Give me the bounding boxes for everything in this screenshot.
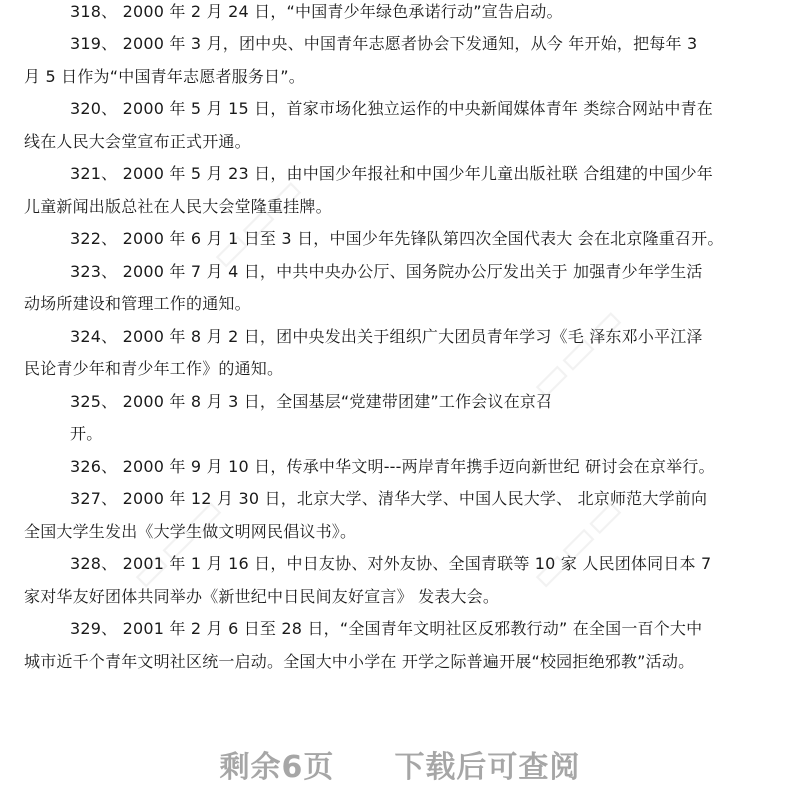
paragraph-line: 326、 2000 年 9 月 10 日，传承中华文明---两岸青年携手迈向新世… bbox=[70, 451, 715, 483]
paragraph-line: 318、 2000 年 2 月 24 日，“中国青少年绿色承诺行动”宣告启动。 bbox=[70, 0, 563, 28]
paragraph-line: 开。 bbox=[70, 418, 102, 450]
paragraph-line: 儿童新闻出版总社在人民大会堂隆重挂牌。 bbox=[24, 191, 332, 223]
paragraph-line: 328、 2001 年 1 月 16 日，中日友协、对外友协、全国青联等 10 … bbox=[70, 548, 711, 580]
download-prompt[interactable]: 剩余6页下载后可查阅 bbox=[0, 742, 800, 786]
paragraph-line: 320、 2000 年 5 月 15 日，首家市场化独立运作的中央新闻媒体青年 … bbox=[70, 93, 713, 125]
paragraph-line: 324、 2000 年 8 月 2 日，团中央发出关于组织广大团员青年学习《毛 … bbox=[70, 321, 703, 353]
paragraph-line: 全国大学生发出《大学生做文明网民倡议书》。 bbox=[24, 516, 356, 548]
remaining-pages-label: 剩余6页 bbox=[220, 742, 335, 786]
paragraph-line: 家对华友好团体共同举办《新世纪中日民间友好宣言》 发表大会。 bbox=[24, 581, 499, 613]
paragraph-line: 323、 2000 年 7 月 4 日，中共中央办公厅、国务院办公厅发出关于 加… bbox=[70, 256, 703, 288]
paragraph-line: 329、 2001 年 2 月 6 日至 28 日，“全国青年文明社区反邪教行动… bbox=[70, 613, 702, 645]
paragraph-line: 城市近千个青年文明社区统一启动。全国大中小学在 开学之际普遍开展“校园拒绝邪教”… bbox=[24, 646, 694, 678]
download-hint-label[interactable]: 下载后可查阅 bbox=[394, 742, 580, 786]
paragraph-line: 321、 2000 年 5 月 23 日，由中国少年报社和中国少年儿童出版社联 … bbox=[70, 158, 713, 190]
paragraph-line: 月 5 日作为“中国青年志愿者服务日”。 bbox=[24, 61, 305, 93]
paragraph-line: 319、 2000 年 3 月，团中央、中国青年志愿者协会下发通知，从今 年开始… bbox=[70, 28, 697, 60]
paragraph-line: 322、 2000 年 6 月 1 日至 3 日，中国少年先锋队第四次全国代表大… bbox=[70, 223, 724, 255]
paragraph-line: 线在人民大会堂宣布正式开通。 bbox=[24, 126, 251, 158]
paragraph-line: 民论青少年和青少年工作》的通知。 bbox=[24, 353, 283, 385]
paragraph-line: 动场所建设和管理工作的通知。 bbox=[24, 288, 251, 320]
paragraph-line: 327、 2000 年 12 月 30 日，北京大学、清华大学、中国人民大学、 … bbox=[70, 483, 707, 515]
paragraph-line: 325、 2000 年 8 月 3 日，全国基层“党建带团建”工作会议在京召 bbox=[70, 386, 552, 418]
